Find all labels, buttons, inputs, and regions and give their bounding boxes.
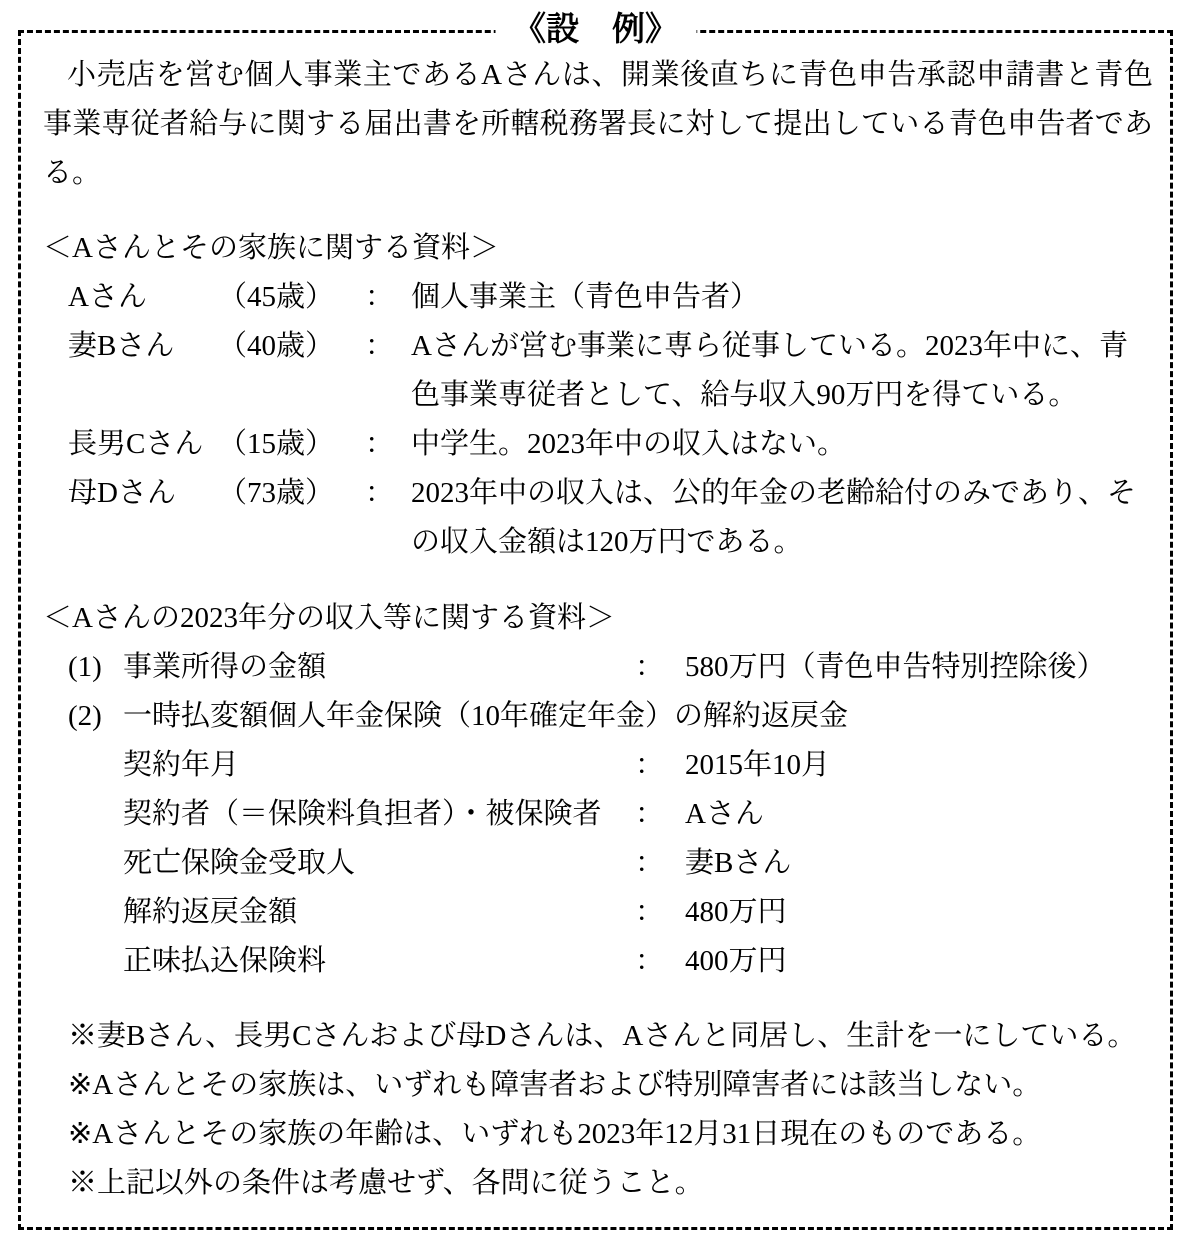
note-line: ※Aさんとその家族は、いずれも障害者および特別障害者には該当しない。 [68,1061,1153,1110]
policy-detail-contractor: 契約者（＝保険料負担者）・被保険者 ： Aさん [123,790,1153,839]
family-member-age: （15歳） [218,420,365,469]
family-member-name: 長男Cさん [68,420,218,469]
separator-colon: ： [635,643,685,692]
family-row-d: 母Dさん （73歳） ： 2023年中の収入は、公的年金の老齢給付のみであり、そ… [68,469,1153,567]
case-study-box: 《設 例》 小売店を営む個人事業主であるAさんは、開業後直ちに青色申告承認申請書… [18,30,1173,1230]
policy-detail-contract-date: 契約年月 ： 2015年10月 [123,741,1153,790]
income-section-heading: ＜Aさんの2023年分の収入等に関する資料＞ [43,594,1153,643]
separator-colon: ： [635,790,685,839]
detail-label: 契約年月 [123,741,635,790]
family-member-age: （40歳） [218,322,365,371]
policy-detail-net-premium: 正味払込保険料 ： 400万円 [123,937,1153,986]
note-line: ※妻Bさん、長男Cさんおよび母Dさんは、Aさんと同居し、生計を一にしている。 [68,1012,1153,1061]
family-member-desc: Aさんが営む事業に専ら従事している。2023年中に、青色事業専従者として、給与収… [411,322,1153,420]
separator-colon: ： [635,937,685,986]
detail-label: 解約返戻金額 [123,888,635,937]
note-line: ※上記以外の条件は考慮せず、各問に従うこと。 [68,1159,1153,1208]
separator-colon: ： [635,741,685,790]
family-row-b: 妻Bさん （40歳） ： Aさんが営む事業に専ら従事している。2023年中に、青… [68,322,1153,420]
family-member-name: 母Dさん [68,469,218,518]
family-row-a: Aさん （45歳） ： 個人事業主（青色申告者） [68,273,1153,322]
family-section-heading: ＜Aさんとその家族に関する資料＞ [43,224,1153,273]
income-item-2: (2) 一時払変額個人年金保険（10年確定年金）の解約返戻金 [68,692,1153,741]
document-page: 《設 例》 小売店を営む個人事業主であるAさんは、開業後直ちに青色申告承認申請書… [0,0,1200,1256]
family-member-name: 妻Bさん [68,322,218,371]
separator-colon: ： [635,839,685,888]
detail-label: 正味払込保険料 [123,937,635,986]
separator-colon: ： [365,322,411,371]
policy-detail-death-beneficiary: 死亡保険金受取人 ： 妻Bさん [123,839,1153,888]
family-member-desc: 中学生。2023年中の収入はない。 [411,420,1153,469]
detail-label: 死亡保険金受取人 [123,839,635,888]
detail-value: Aさん [685,790,1153,839]
case-study-title: 《設 例》 [495,4,696,56]
income-item-number: (1) [68,643,123,692]
family-member-desc: 個人事業主（青色申告者） [411,273,1153,322]
income-item-label: 事業所得の金額 [123,643,635,692]
income-item-number: (2) [68,692,123,741]
separator-colon: ： [365,469,411,518]
detail-value: 480万円 [685,888,1153,937]
detail-value: 400万円 [685,937,1153,986]
income-item-label: 一時払変額個人年金保険（10年確定年金）の解約返戻金 [123,692,1153,741]
family-member-age: （73歳） [218,469,365,518]
separator-colon: ： [635,888,685,937]
note-line: ※Aさんとその家族の年齢は、いずれも2023年12月31日現在のものである。 [68,1110,1153,1159]
detail-label: 契約者（＝保険料負担者）・被保険者 [123,790,635,839]
family-member-age: （45歳） [218,273,365,322]
income-item-value: 580万円（青色申告特別控除後） [685,643,1153,692]
intro-paragraph: 小売店を営む個人事業主であるAさんは、開業後直ちに青色申告承認申請書と青色事業専… [43,51,1153,198]
separator-colon: ： [365,273,411,322]
income-item-1: (1) 事業所得の金額 ： 580万円（青色申告特別控除後） [68,643,1153,692]
family-member-name: Aさん [68,273,218,322]
detail-value: 妻Bさん [685,839,1153,888]
detail-value: 2015年10月 [685,741,1153,790]
notes-block: ※妻Bさん、長男Cさんおよび母Dさんは、Aさんと同居し、生計を一にしている。 ※… [43,1012,1153,1208]
policy-detail-surrender-value: 解約返戻金額 ： 480万円 [123,888,1153,937]
family-row-c: 長男Cさん （15歳） ： 中学生。2023年中の収入はない。 [68,420,1153,469]
family-member-desc: 2023年中の収入は、公的年金の老齢給付のみであり、その収入金額は120万円であ… [411,469,1153,567]
separator-colon: ： [365,420,411,469]
